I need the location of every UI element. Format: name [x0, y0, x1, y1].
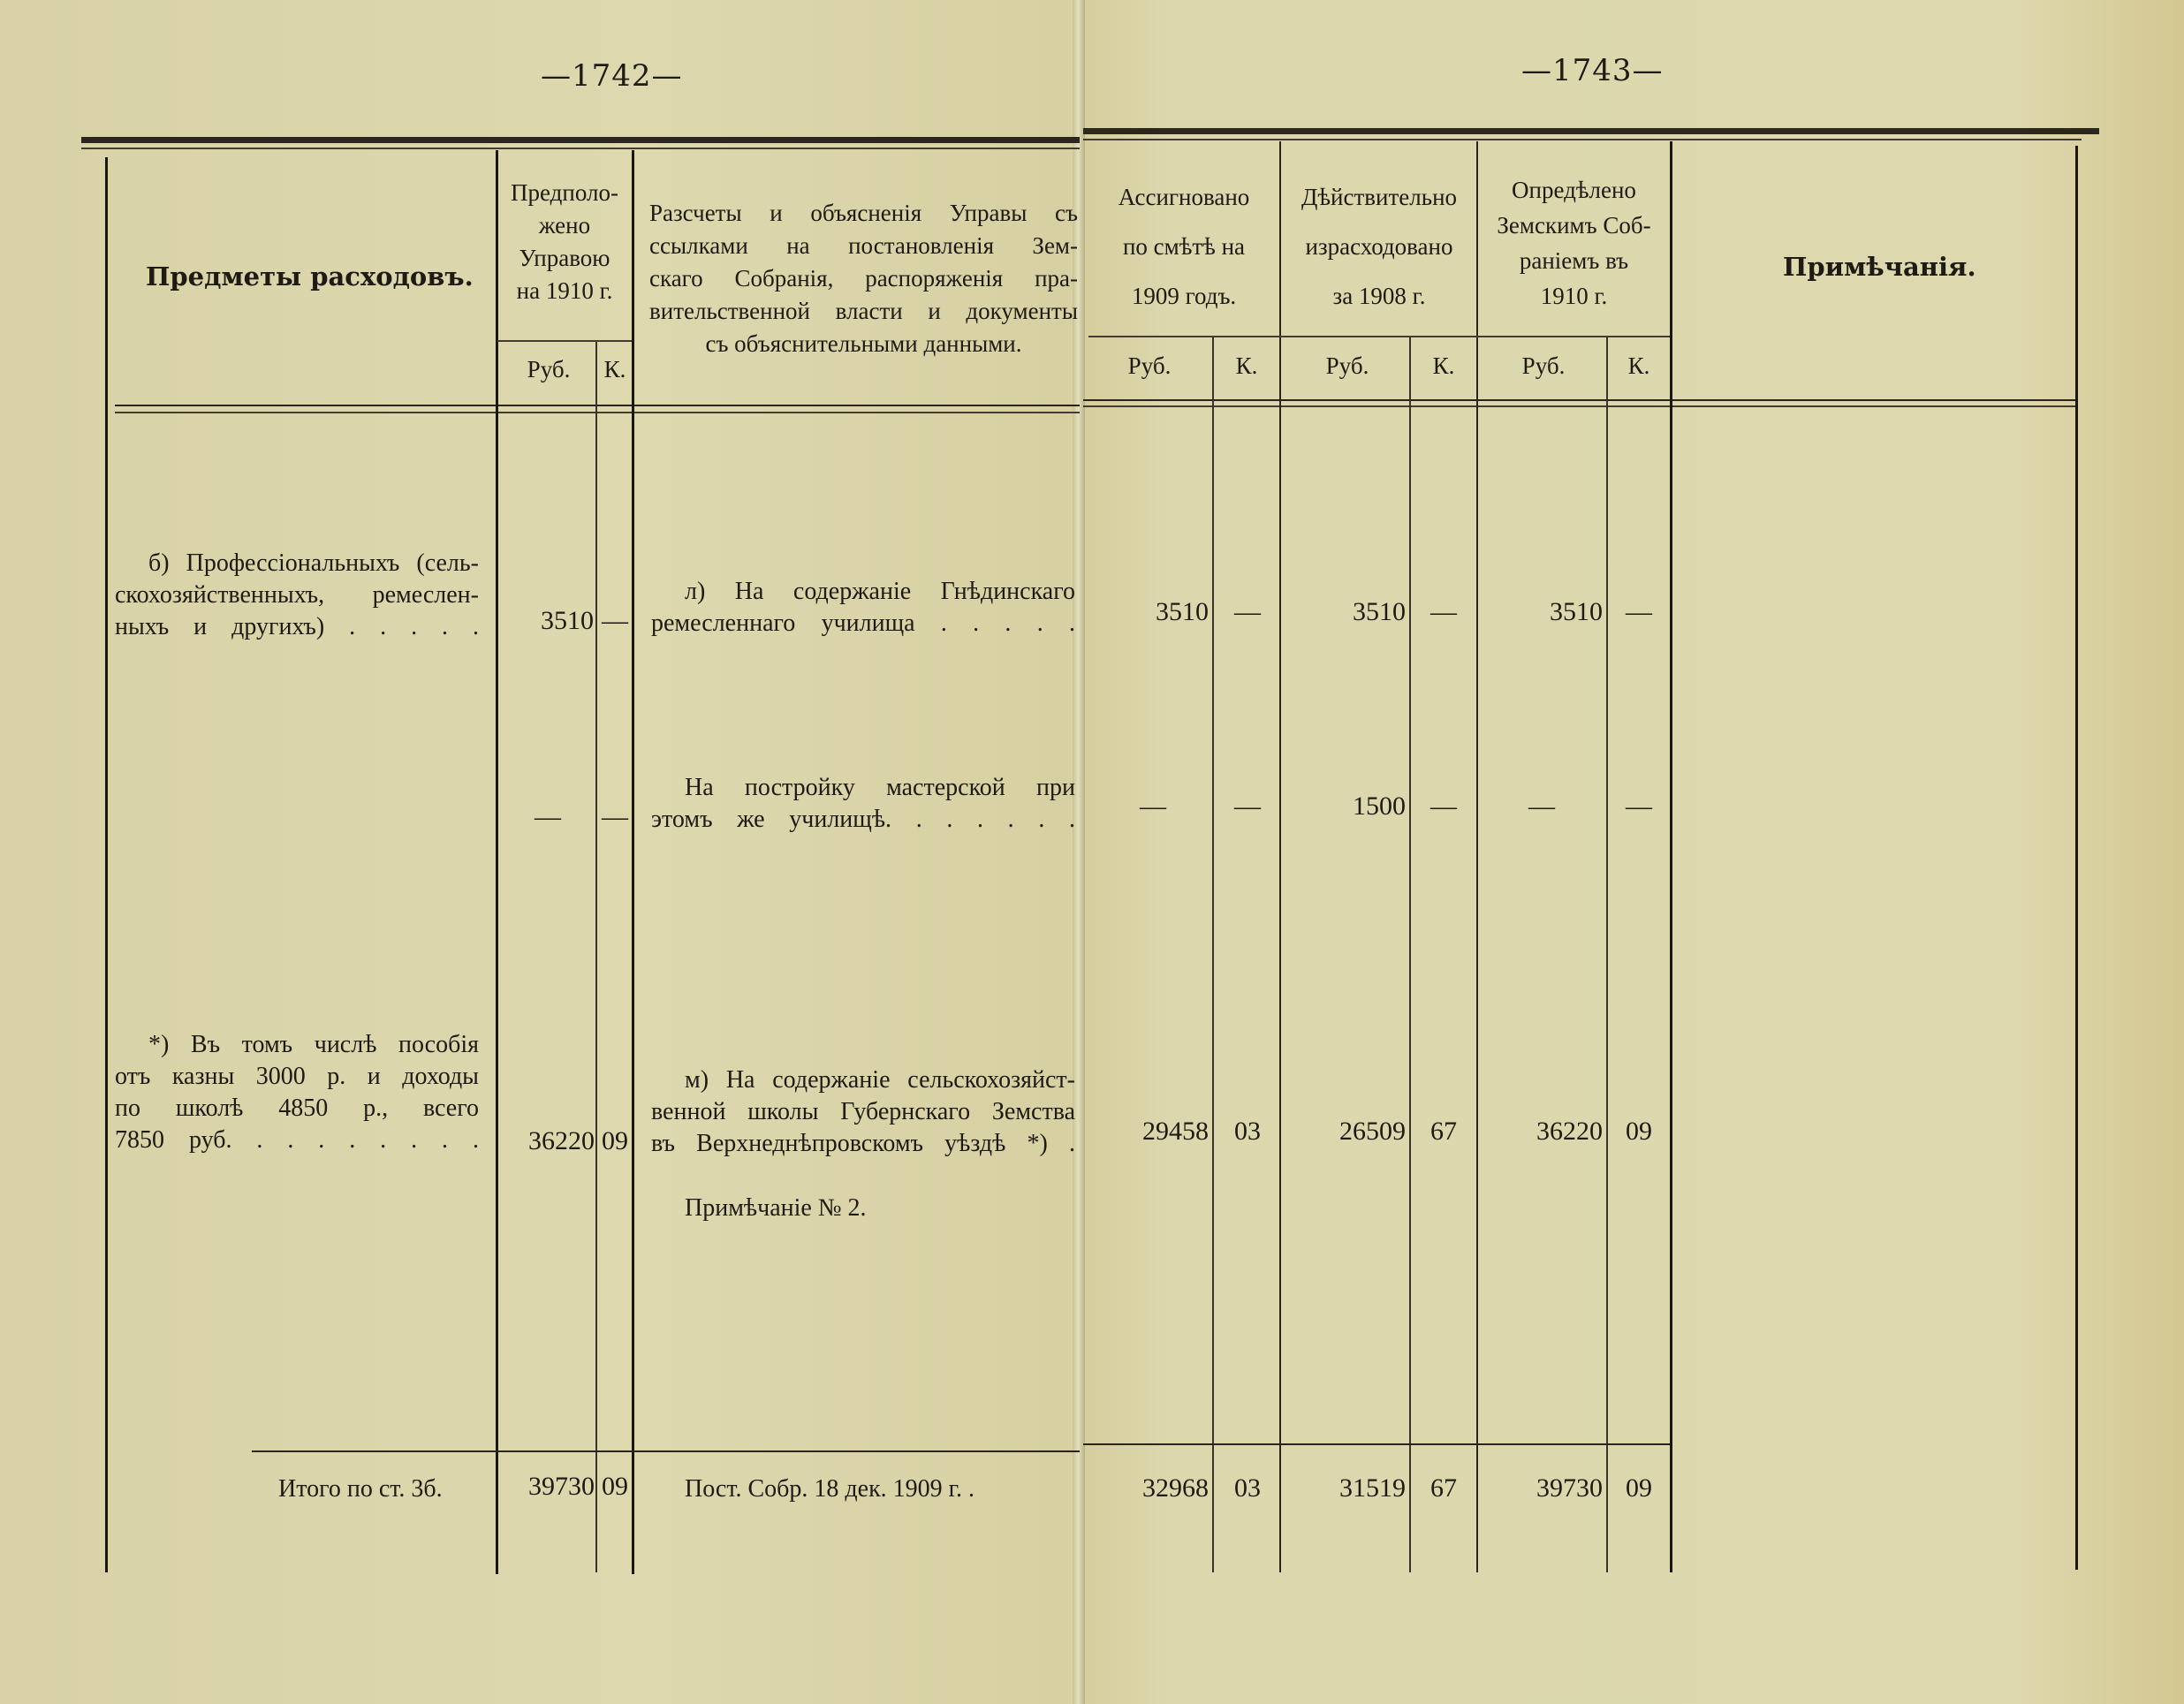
row2-determined-rub: — [1493, 791, 1590, 822]
row3-explanation-line: венной школы Губернскаго Земства [651, 1096, 1075, 1128]
row1-item: б) Профессіональныхъ (сель- скохозяйстве… [115, 548, 479, 643]
header-items: Предметы расходовъ. [146, 261, 474, 292]
header-calculations: Разсчеты и объясненія Управы съ ссылками… [649, 197, 1078, 360]
row2-assigned-rub: — [1104, 791, 1202, 822]
header-spent-line: израсходовано [1282, 222, 1476, 271]
row3-proposed-kop: 09 [597, 1126, 633, 1156]
header-kop-spent: К. [1411, 350, 1476, 382]
col-border-spent-kop [1409, 337, 1411, 1572]
page-number-right: —1743— [1521, 53, 1664, 88]
col-border-rub-kop-left [595, 340, 597, 1572]
row3-determined-rub: 36220 [1481, 1117, 1603, 1147]
header-determined-line: раніемъ въ [1478, 243, 1670, 278]
total-proposed-kop: 09 [597, 1472, 633, 1502]
header-rule-left-2 [115, 412, 1080, 413]
header-notes: Примѣчанія. [1783, 252, 1976, 282]
total-assigned-kop: 03 [1216, 1473, 1279, 1503]
row3-proposed-rub: 36220 [499, 1126, 595, 1156]
top-rule-left [81, 137, 1080, 143]
header-proposed-line: Управою [497, 242, 632, 275]
row3-spent-rub: 26509 [1285, 1117, 1406, 1147]
header-proposed-line: на 1910 г. [497, 275, 632, 307]
header-determined-line: Опредѣлено [1478, 172, 1670, 208]
row3-item-line: *) Въ томъ числѣ пособія [115, 1029, 479, 1061]
row3-item-line: отъ казны 3000 р. и доходы [115, 1061, 479, 1093]
row1-item-line: скохозяйственныхъ, ремеслен- [115, 579, 479, 611]
total-explanation: Пост. Собр. 18 дек. 1909 г. . [685, 1473, 974, 1505]
row2-explanation: На постройку мастерской при этомъ же учи… [651, 772, 1075, 836]
col-border-determined-kop [1606, 337, 1608, 1572]
row2-explanation-line: этомъ же училищѣ. . . . . . . [651, 804, 1075, 836]
header-spent: Дѣйствительно израсходовано за 1908 г. [1282, 172, 1476, 321]
row1-spent-kop: — [1412, 597, 1475, 627]
header-assigned: Ассигновано по смѣтѣ на 1909 годъ. [1088, 172, 1279, 321]
header-spent-line: Дѣйствительно [1282, 172, 1476, 222]
row1-explanation-line: л) На содержаніе Гнѣдинскаго [651, 576, 1075, 608]
row3-assigned-kop: 03 [1216, 1117, 1279, 1147]
row1-explanation-line: ремесленнаго училища . . . . . [651, 608, 1075, 640]
row1-determined-rub: 3510 [1481, 597, 1603, 627]
row3-spent-kop: 67 [1412, 1117, 1475, 1147]
row3-explanation-line: м) На содержаніе сельскохозяйст- [651, 1064, 1075, 1096]
header-kop-determined: К. [1608, 350, 1670, 382]
total-spent-rub: 31519 [1285, 1473, 1406, 1503]
header-kop-left: К. [597, 353, 633, 386]
header-proposed-line: Предполо- [497, 177, 632, 209]
col-border-assigned [1279, 141, 1281, 1572]
total-label: Итого по ст. 3б. [278, 1473, 443, 1505]
header-assigned-line: 1909 годъ. [1088, 271, 1279, 321]
col-border-spent [1476, 141, 1478, 1572]
header-calc-line: скаго Собранія, распоряженія пра- [649, 262, 1078, 295]
header-determined: Опредѣлено Земскимъ Соб- раніемъ въ 1910… [1478, 172, 1670, 314]
total-determined-kop: 09 [1608, 1473, 1670, 1503]
header-proposed: Предполо- жено Управою на 1910 г. [497, 177, 632, 307]
row2-spent-rub: 1500 [1285, 791, 1406, 822]
row1-determined-kop: — [1608, 597, 1670, 627]
row1-item-line: ныхъ и другихъ) . . . . . [115, 611, 479, 643]
subheader-rule-right [1088, 336, 1670, 337]
row2-determined-kop: — [1608, 791, 1670, 822]
row2-assigned-kop: — [1216, 791, 1279, 822]
row1-item-line: б) Профессіональныхъ (сель- [115, 548, 479, 579]
header-calc-line: вительственной власти и документы [649, 295, 1078, 328]
total-proposed-rub: 39730 [499, 1472, 595, 1502]
header-proposed-line: жено [497, 209, 632, 242]
row3-note: Примѣчаніе № 2. [685, 1193, 867, 1224]
total-spent-kop: 67 [1412, 1473, 1475, 1503]
row1-proposed-kop: — [597, 606, 633, 636]
row1-assigned-kop: — [1216, 597, 1279, 627]
row1-spent-rub: 3510 [1285, 597, 1406, 627]
header-rub-spent: Руб. [1285, 350, 1409, 382]
row3-item: *) Въ томъ числѣ пособія отъ казны 3000 … [115, 1029, 479, 1156]
row3-assigned-rub: 29458 [1092, 1117, 1209, 1147]
row2-spent-kop: — [1412, 791, 1475, 822]
header-rub-assigned: Руб. [1092, 350, 1207, 382]
row3-item-line: по школѣ 4850 р., всего [115, 1093, 479, 1125]
header-rule-right [1083, 399, 2077, 401]
row1-proposed-rub: 3510 [504, 606, 594, 636]
header-assigned-line: Ассигновано [1088, 172, 1279, 222]
header-rub-determined: Руб. [1481, 350, 1606, 382]
header-calc-line: ссылками на постановленія Зем- [649, 230, 1078, 262]
header-rule-left [115, 405, 1080, 406]
header-determined-line: Земскимъ Соб- [1478, 208, 1670, 243]
page-number-left: —1742— [541, 58, 683, 94]
right-border [2075, 146, 2078, 1570]
top-rule-left-thin [81, 148, 1080, 149]
row1-assigned-rub: 3510 [1092, 597, 1209, 627]
row2-proposed-kop: — [597, 802, 633, 832]
row1-explanation: л) На содержаніе Гнѣдинскаго ремесленнаг… [651, 576, 1075, 640]
totals-rule-left [252, 1450, 1080, 1452]
left-border [105, 157, 108, 1572]
row3-explanation-line: въ Верхнеднѣпровскомъ уѣздѣ *) . [651, 1128, 1075, 1160]
top-rule-right [1083, 128, 2099, 134]
header-calc-line: съ объяснительными данными. [649, 328, 1078, 360]
total-assigned-rub: 32968 [1092, 1473, 1209, 1503]
header-assigned-line: по смѣтѣ на [1088, 222, 1279, 271]
header-rule-right-2 [1083, 405, 2077, 407]
col-border-determined [1670, 141, 1672, 1572]
totals-rule-right [1083, 1443, 1670, 1445]
header-determined-line: 1910 г. [1478, 278, 1670, 314]
subheader-rule-left [497, 340, 632, 342]
row2-proposed-rub: — [512, 802, 583, 832]
row2-explanation-line: На постройку мастерской при [651, 772, 1075, 804]
total-determined-rub: 39730 [1481, 1473, 1603, 1503]
row3-explanation: м) На содержаніе сельскохозяйст- венной … [651, 1064, 1075, 1160]
col-border-assigned-kop [1212, 337, 1214, 1572]
col-border-items [496, 150, 498, 1574]
top-rule-right-thin [1083, 139, 2082, 140]
row3-determined-kop: 09 [1608, 1117, 1670, 1147]
header-rub-left: Руб. [509, 353, 588, 386]
row3-item-line: 7850 руб. . . . . . . . . [115, 1125, 479, 1156]
header-kop-assigned: К. [1214, 350, 1279, 382]
header-spent-line: за 1908 г. [1282, 271, 1476, 321]
header-calc-line: Разсчеты и объясненія Управы съ [649, 197, 1078, 230]
